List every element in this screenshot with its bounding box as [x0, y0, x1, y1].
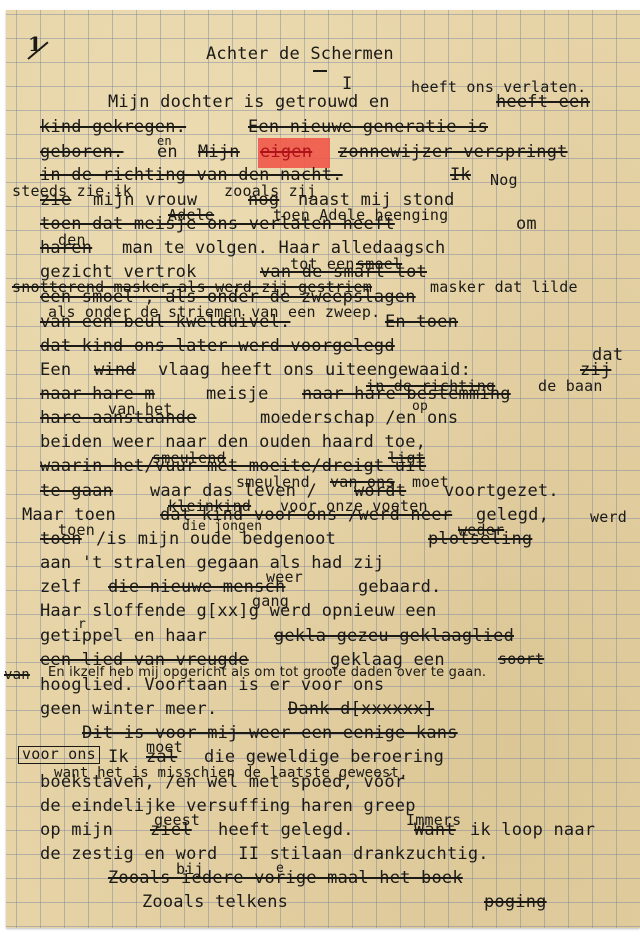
struck-text: heeft een [496, 92, 590, 112]
struck-text: gekla gezeu geklaaglied [274, 626, 514, 646]
struck-text: naar hare bestemming [302, 384, 511, 404]
struck-text: Dank d[xxxxxx] [288, 699, 434, 719]
struck-text: Ik [450, 165, 471, 185]
insert-struck: van [4, 665, 30, 685]
struck-text: te gaan [40, 481, 113, 501]
insert-text: de baan [538, 376, 603, 396]
struck-text: toen [40, 529, 82, 549]
highlighted-word: eigen [260, 142, 312, 162]
typed-text: de eindelijke versuffing haren greep [40, 796, 416, 816]
typed-text: Zooals telkens [142, 892, 288, 912]
typed-text: Mijn dochter is getrouwd en [108, 92, 390, 112]
typed-text: gebaard. [358, 577, 441, 597]
struck-text: Want [414, 820, 456, 840]
margin-insert-text: voor ons [22, 746, 96, 762]
struck-text: ziel [150, 820, 192, 840]
struck-text: En toen [385, 312, 458, 332]
typed-text: getippel en haar [40, 626, 207, 646]
typed-text: Haar sloffende g[xx]g werd opnieuw een [40, 601, 437, 621]
struck-text: toen dat meisje ons verlaten heeft [40, 214, 395, 234]
struck-text: plotseling [428, 529, 532, 549]
insert-text: Nog [490, 170, 518, 190]
document-title: Achter de Schermen [206, 44, 394, 64]
struck-text: geboren. [40, 142, 123, 162]
typed-text: de zestig en word II stilaan drankzuchti… [40, 844, 489, 864]
typed-text: om [516, 214, 537, 234]
struck-text: wind [94, 360, 136, 380]
struck-text: van een beul kwelduivel. [40, 312, 290, 332]
struck-text: Mijn [198, 142, 240, 162]
typed-text: ik loop naar [470, 820, 595, 840]
struck-text: zonnewijzer verspringt [338, 142, 568, 162]
typed-text: zelf [40, 577, 82, 597]
section-number: I [342, 74, 352, 94]
insert-text: werd [590, 507, 627, 527]
typed-text: Een [40, 360, 71, 380]
struck-text: Een nieuwe generatie is [248, 117, 488, 137]
insert-text: masker dat lilde [430, 277, 578, 297]
title-dash [313, 70, 327, 72]
struck-text: poging [484, 892, 547, 912]
typed-text: heeft gelegd. [218, 820, 354, 840]
struck-text: haren [40, 238, 92, 258]
typed-text: boekstaven, /en wel met spoed, vóór [40, 772, 405, 792]
typed-text: geen winter meer. [40, 699, 217, 719]
typed-text: moederschap /en ons [260, 408, 458, 428]
typed-text: beiden weer naar den ouden haard toe, [40, 432, 426, 452]
struck-text: Zooals iedere vorige maal het boek [108, 868, 463, 888]
typed-text: /is mijn oude bedgenoot [96, 529, 336, 549]
struck-text: dat kind ons later werd voorgelegd [40, 336, 395, 356]
typed-text: en [157, 142, 178, 162]
struck-text: hare aanstaande [40, 408, 197, 428]
struck-text: Dit is voor mij weer een eenige kans [82, 723, 458, 743]
typed-text: op mijn [40, 820, 113, 840]
typed-text: voortgezet. [444, 481, 559, 501]
typed-text: meisje [206, 384, 269, 404]
struck-text: zie [40, 190, 71, 210]
insert-struck: soort [498, 649, 544, 669]
typed-text: aan 't stralen gegaan als had zij [40, 553, 384, 573]
typed-text: hooglied. Voortaan is er voor ons [40, 675, 384, 695]
